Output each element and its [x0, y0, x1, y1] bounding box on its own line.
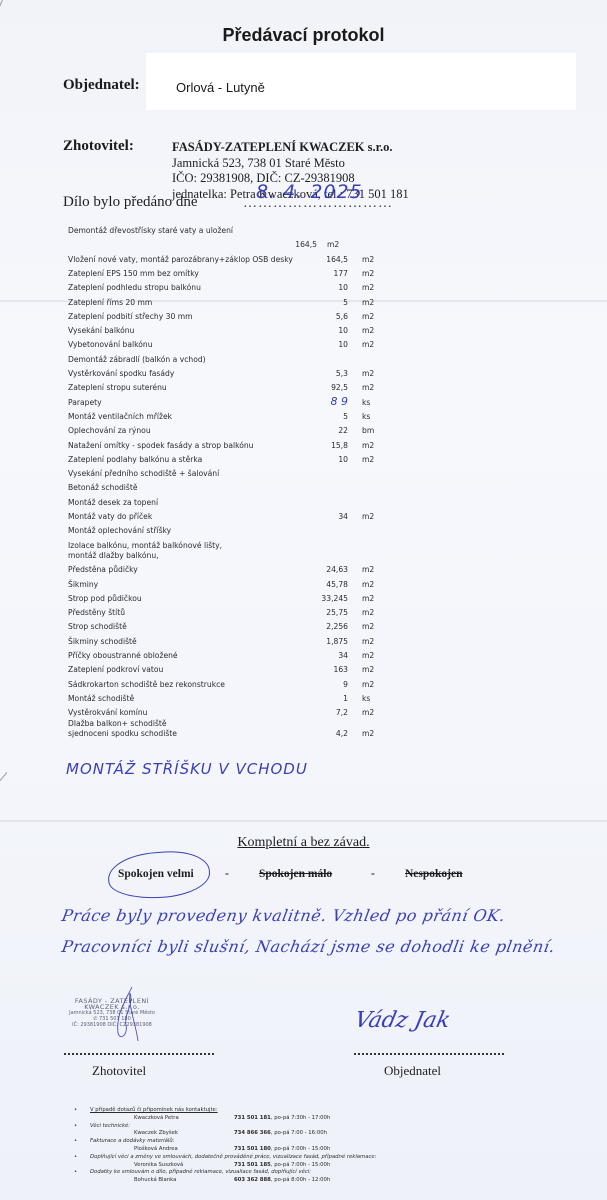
work-item-row: Montáž vaty do příček34m2 [68, 512, 388, 526]
work-item-row: Předstěna půdičky24,63m2 [68, 565, 388, 579]
work-item-description: Zateplení podlahy balkónu a stěrka [68, 455, 202, 464]
work-item-unit: m2 [362, 580, 374, 589]
work-item-quantity: 45,78 [326, 580, 348, 589]
work-item-description: Izolace balkónu, montáž balkónové lišty, [68, 541, 222, 550]
work-item-description: Dlažba balkon+ schodiště [68, 719, 167, 728]
work-item-quantity: 34 [338, 512, 348, 521]
work-item-unit: m2 [362, 622, 374, 631]
contractor-signature-label: Zhotovitel [92, 1063, 146, 1079]
work-item-unit: m2 [362, 298, 374, 307]
work-item-unit: m2 [362, 665, 374, 674]
contractor-label: Zhotovitel: [63, 138, 134, 155]
contact-hours: , po-pá 7:00h - 15:00h [271, 1162, 330, 1168]
work-item-row: montáž dlažby balkónu, [68, 551, 388, 565]
handover-label: Dílo bylo předáno dne [63, 194, 198, 211]
work-item-description: Montáž oplechování stříšky [68, 526, 171, 535]
option-separator: - [225, 868, 229, 880]
work-item-description: Šikminy [68, 580, 98, 589]
contact-phone-number: 734 866 366 [234, 1130, 271, 1136]
contact-entry: •Dodatky ke smlouvám o dílo, případné re… [74, 1169, 554, 1185]
work-item-description: Vybetonování balkónu [68, 340, 153, 349]
contact-heading: Dodatky ke smlouvám o dílo, případné rek… [90, 1169, 311, 1177]
option-separator: - [371, 868, 375, 880]
contact-heading: Doplňující věci a změny ve smlouvách, do… [90, 1154, 376, 1162]
handwritten-comment: Pracovníci byli slušní, Nachází jsme se … [60, 937, 556, 956]
work-item-quantity: 33,245 [321, 594, 348, 603]
work-item-unit: m2 [362, 637, 374, 646]
work-item-quantity: 5,6 [336, 312, 348, 321]
contact-phone: 603 362 888, po-pá 8:00h - 12:00h [234, 1177, 330, 1185]
work-item-unit: m2 [362, 594, 374, 603]
work-item-row: Vystěrkování spodku fasády5,3m2 [68, 369, 388, 383]
work-item-unit: m2 [362, 729, 374, 738]
option-satisfied-very: Spokojen velmi [118, 868, 194, 880]
contact-heading: Věci technické: [90, 1123, 130, 1131]
contact-entry: •Věci technické:Kwaczek Zbyšek734 866 36… [74, 1123, 554, 1139]
work-item-description: Betonáž schodiště [68, 483, 138, 492]
work-item-description: Zateplení podkroví vatou [68, 665, 163, 674]
contact-hours: , po-pá 7:30h - 17:00h [271, 1115, 330, 1121]
work-item-row: Předstěny štítů25,75m2 [68, 608, 388, 622]
contact-phone-number: 731 501 180 [234, 1146, 271, 1152]
work-item-quantity: 24,63 [326, 565, 348, 574]
work-item-unit: bm [362, 426, 374, 435]
work-item-quantity: 5,3 [336, 369, 348, 378]
completion-statement: Kompletní a bez závad. [0, 835, 607, 851]
work-item-row: Vysekání balkónu10m2 [68, 326, 388, 340]
contacts-list: •V případě dotazů či připomínek nás kont… [74, 1107, 554, 1185]
work-item-row: Montáž schodiště1ks [68, 694, 388, 708]
pen-mark [0, 772, 7, 788]
scanned-document: Předávací protokol Objednatel: Orlová - … [0, 0, 607, 1200]
work-item-quantity: 164,5 [326, 255, 348, 264]
work-item-description: Vysekání balkónu [68, 326, 134, 335]
work-item-quantity: 7,2 [336, 708, 348, 717]
contractor-signature-line [64, 1053, 214, 1055]
work-item-unit: ks [362, 694, 370, 703]
work-item-row: Šikminy schodiště1,875m2 [68, 637, 388, 651]
work-item-description: Vložení nové vaty, montáž parozábrany+zá… [68, 255, 293, 264]
work-item-quantity: 10 [338, 283, 348, 292]
work-item-row: Zateplení podbití střechy 30 mm5,6m2 [68, 312, 388, 326]
contact-phone-number: 731 501 185 [234, 1162, 271, 1168]
work-item-unit: m2 [362, 651, 374, 660]
work-item-row: 164,5m2 [68, 240, 388, 254]
work-item-quantity: 5 [343, 412, 348, 421]
work-item-description: Montáž schodiště [68, 694, 134, 703]
work-item-quantity: 10 [338, 340, 348, 349]
work-item-unit: m2 [362, 255, 374, 264]
contact-phone-number: 603 362 888 [234, 1177, 271, 1183]
contact-phone: 734 866 366, po-pá 7:00 - 16:00h [234, 1130, 327, 1138]
work-item-quantity: 177 [334, 269, 349, 278]
bullet-icon: • [74, 1138, 77, 1146]
bullet-icon: • [74, 1107, 77, 1115]
customer-signature-label: Objednatel [384, 1063, 441, 1079]
work-item-description: Příčky oboustranné obložené [68, 651, 178, 660]
customer-value: Orlová - Lutyně [176, 80, 265, 95]
work-item-unit: m2 [362, 340, 374, 349]
work-item-row: sjednoceni spodku schodište4,2m2 [68, 729, 388, 743]
work-item-row: Vybetonování balkónu10m2 [68, 340, 388, 354]
paper-fold [0, 820, 607, 822]
work-item-unit: m2 [362, 608, 374, 617]
work-item-quantity: 5 [343, 298, 348, 307]
work-item-description: Montáž vaty do příček [68, 512, 152, 521]
work-item-description: Zateplení podhledu stropu balkónu [68, 283, 201, 292]
work-item-description: Oplechování za rýnou [68, 426, 151, 435]
work-item-unit: m2 [327, 240, 339, 249]
work-item-row: Zateplení EPS 150 mm bez omítky177m2 [68, 269, 388, 283]
work-item-row: Demontáž zábradlí (balkón a vchod) [68, 355, 388, 369]
work-item-quantity: 92,5 [331, 383, 348, 392]
work-item-quantity: 9 [343, 680, 348, 689]
work-item-description: Předstěna půdičky [68, 565, 138, 574]
contact-hours: , po-pá 8:00h - 12:00h [271, 1177, 330, 1183]
handover-date: 8. 4. 2025 [256, 181, 363, 203]
bullet-icon: • [74, 1169, 77, 1177]
bullet-icon: • [74, 1154, 77, 1162]
work-item-row: Příčky oboustranné obložené34m2 [68, 651, 388, 665]
customer-label: Objednatel: [63, 77, 140, 94]
work-item-unit: m2 [362, 283, 374, 292]
work-item-description: Zateplení říms 20 mm [68, 298, 152, 307]
work-item-unit: m2 [362, 312, 374, 321]
work-item-quantity: 1 [343, 694, 348, 703]
work-item-description: Demontáž zábradlí (balkón a vchod) [68, 355, 206, 364]
corner-mark [0, 0, 3, 28]
contact-heading: Fakturace a dodávky materiálů: [90, 1138, 174, 1146]
work-item-quantity: 10 [338, 326, 348, 335]
contractor-name: FASÁDY-ZATEPLENÍ KWACZEK s.r.o. [172, 140, 409, 156]
work-item-description: Zateplení stropu suterénu [68, 383, 167, 392]
work-item-row: Parapety8 9ks [68, 398, 388, 412]
contact-entry: •Fakturace a dodávky materiálů:Plošková … [74, 1138, 554, 1154]
work-item-quantity: 25,75 [326, 608, 348, 617]
work-item-row: Montáž oplechování stříšky [68, 526, 388, 540]
work-item-unit: m2 [362, 455, 374, 464]
work-item-row: Natažení omítky - spodek fasády a strop … [68, 441, 388, 455]
work-item-description: Vystěrokvání komínu [68, 708, 147, 717]
contact-entry: •V případě dotazů či připomínek nás kont… [74, 1107, 554, 1123]
work-item-row: Zateplení podhledu stropu balkónu10m2 [68, 283, 388, 297]
work-item-row: Zateplení podlahy balkónu a stěrka10m2 [68, 455, 388, 469]
contact-person: Kwaczková Petra [134, 1115, 179, 1123]
work-item-quantity: 10 [338, 455, 348, 464]
work-item-row: Zateplení podkroví vatou163m2 [68, 665, 388, 679]
contractor-signature [110, 985, 140, 1045]
work-item-description: Strop pod půdičkou [68, 594, 142, 603]
contact-phone: 731 501 180, po-pá 7:00h - 15:00h [234, 1146, 330, 1154]
work-item-unit: m2 [362, 369, 374, 378]
work-item-unit: m2 [362, 708, 374, 717]
work-item-description: Montáž desek za topení [68, 498, 158, 507]
work-item-quantity: 2,256 [326, 622, 348, 631]
work-item-row: Strop schodiště2,256m2 [68, 622, 388, 636]
customer-signature-line [354, 1053, 504, 1055]
work-item-quantity: 164,5 [295, 240, 317, 249]
work-item-quantity: 1,875 [326, 637, 348, 646]
work-item-description: sjednoceni spodku schodište [68, 729, 177, 738]
work-item-description: Strop schodiště [68, 622, 127, 631]
work-item-row: Strop pod půdičkou33,245m2 [68, 594, 388, 608]
work-item-description: Natažení omítky - spodek fasády a strop … [68, 441, 254, 450]
work-item-description: Parapety [68, 398, 102, 407]
work-item-description: Zateplení podbití střechy 30 mm [68, 312, 193, 321]
work-item-quantity: 4,2 [336, 729, 348, 738]
work-item-description: Zateplení EPS 150 mm bez omítky [68, 269, 199, 278]
work-item-description: Montáž ventilačních mřížek [68, 412, 172, 421]
work-item-description: Demontáž dřevostřísky staré vaty a ulože… [68, 226, 233, 235]
work-item-unit: m2 [362, 269, 374, 278]
option-unsatisfied: Nespokojen [405, 868, 463, 880]
contact-heading: V případě dotazů či připomínek nás konta… [90, 1107, 218, 1115]
contact-person: Bohucká Blanka [134, 1177, 176, 1185]
contact-hours: , po-pá 7:00h - 15:00h [271, 1146, 330, 1152]
work-item-description: montáž dlažby balkónu, [68, 551, 159, 560]
customer-signature: Vádz Jak [352, 1008, 452, 1033]
work-item-quantity: 34 [338, 651, 348, 660]
work-item-row: Demontáž dřevostřísky staré vaty a ulože… [68, 226, 388, 240]
option-satisfied-little: Spokojen málo [259, 868, 332, 880]
work-item-quantity: 22 [338, 426, 348, 435]
work-item-unit: m2 [362, 383, 374, 392]
work-item-row: Montáž ventilačních mřížek5ks [68, 412, 388, 426]
work-item-description: Předstěny štítů [68, 608, 125, 617]
work-item-row: Montáž desek za topení [68, 498, 388, 512]
work-item-row: Oplechování za rýnou22bm [68, 426, 388, 440]
work-item-unit: m2 [362, 326, 374, 335]
work-item-unit: m2 [362, 512, 374, 521]
contact-phone-number: 731 501 181 [234, 1115, 271, 1121]
work-item-unit: ks [362, 412, 370, 421]
work-item-row: Vložení nové vaty, montáž parozábrany+zá… [68, 255, 388, 269]
work-item-unit: m2 [362, 565, 374, 574]
work-item-quantity: 15,8 [331, 441, 348, 450]
work-item-row: Sádkrokarton schodiště bez rekonstrukce9… [68, 680, 388, 694]
handwritten-comment: Práce byly provedeny kvalitně. Vzhled po… [60, 906, 507, 925]
contact-entry: •Doplňující věci a změny ve smlouvách, d… [74, 1154, 554, 1170]
work-item-quantity: 8 9 [331, 395, 349, 408]
work-item-unit: m2 [362, 441, 374, 450]
work-item-description: Vysekání předního schodiště + šalování [68, 469, 219, 478]
work-item-row: Šikminy45,78m2 [68, 580, 388, 594]
contractor-address: Jamnická 523, 738 01 Staré Město [172, 156, 409, 172]
handwritten-item: MONTÁŽ STŘÍŠKU V VCHODU [66, 760, 308, 778]
work-item-unit: m2 [362, 680, 374, 689]
work-item-description: Sádkrokarton schodiště bez rekonstrukce [68, 680, 225, 689]
work-item-quantity: 163 [334, 665, 349, 674]
work-item-row: Zateplení říms 20 mm5m2 [68, 298, 388, 312]
bullet-icon: • [74, 1123, 77, 1131]
work-item-row: Vysekání předního schodiště + šalování [68, 469, 388, 483]
work-item-row: Betonáž schodiště [68, 483, 388, 497]
work-item-description: Vystěrkování spodku fasády [68, 369, 174, 378]
contact-phone: 731 501 181, po-pá 7:30h - 17:00h [234, 1115, 330, 1123]
contact-hours: , po-pá 7:00 - 16:00h [271, 1130, 327, 1136]
document-title: Předávací protokol [0, 25, 607, 46]
work-item-description: Šikminy schodiště [68, 637, 137, 646]
contact-person: Plošková Andrea [134, 1146, 178, 1154]
work-item-unit: ks [362, 398, 370, 407]
